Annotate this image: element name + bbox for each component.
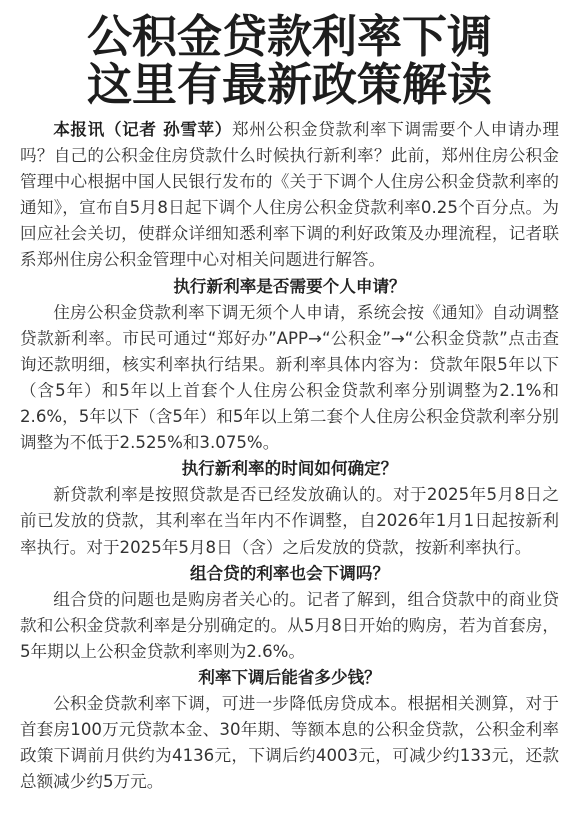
section-text-combo-loan: 组合贷的问题也是购房者关心的。记者了解到，组合贷款中的商业贷款和公积金贷款利率是…: [20, 587, 559, 665]
section-text-timing: 新贷款利率是按照贷款是否已经发放确认的。对于2025年5月8日之前已发放的贷款，…: [20, 482, 559, 560]
section-text-savings: 公积金贷款利率下调，可进一步降低房贷成本。根据相关测算，对于首套房100万元贷款…: [20, 691, 559, 795]
section-heading-timing: 执行新利率的时间如何确定？: [20, 456, 559, 482]
section-heading-apply: 执行新利率是否需要个人申请？: [20, 274, 559, 300]
section-text-apply: 住房公积金贷款利率下调无须个人申请，系统会按《通知》自动调整贷款新利率。市民可通…: [20, 300, 559, 457]
headline-line-2: 这里有最新政策解读: [0, 60, 579, 110]
article-body: 本报讯（记者 孙雪苹）郑州公积金贷款利率下调需要个人申请办理吗？自己的公积金住房…: [20, 117, 559, 795]
lead-paragraph: 本报讯（记者 孙雪苹）郑州公积金贷款利率下调需要个人申请办理吗？自己的公积金住房…: [20, 117, 559, 274]
section-heading-combo-loan: 组合贷的利率也会下调吗？: [20, 561, 559, 587]
section-heading-savings: 利率下调后能省多少钱？: [20, 665, 559, 691]
lead-text: 郑州公积金贷款利率下调需要个人申请办理吗？自己的公积金住房贷款什么时候执行新利率…: [20, 120, 559, 269]
byline: （记者 孙雪苹）: [105, 120, 232, 139]
headline-line-1: 公积金贷款利率下调: [0, 12, 579, 62]
dateline-tag: 本报讯: [53, 120, 105, 139]
